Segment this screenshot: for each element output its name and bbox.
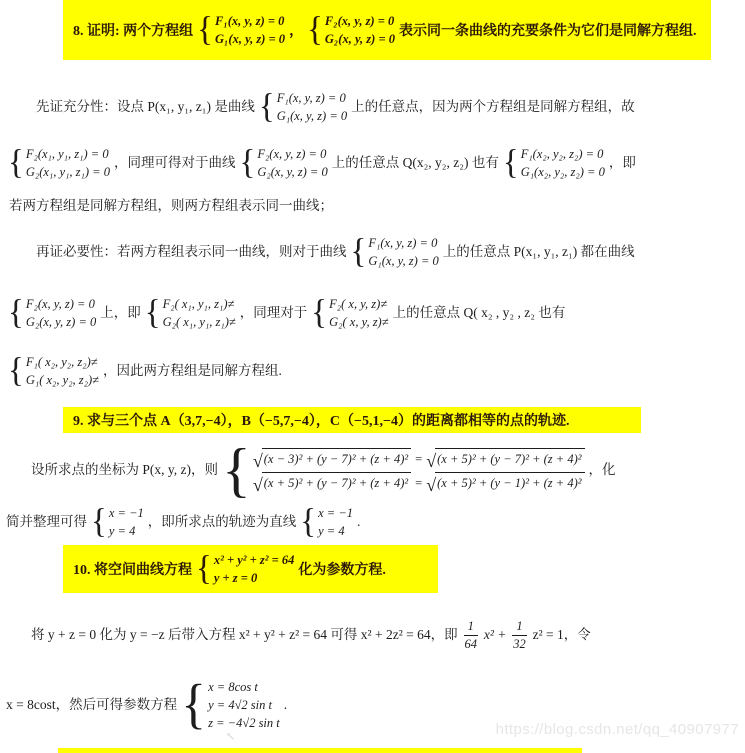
- system-row: F₂( x₁, y₁, z₁)≠: [163, 295, 236, 313]
- paragraph-text: ，化: [589, 461, 616, 480]
- equation-system: { F₂(x, y, z) = 0 G₂(x, y, z) = 0: [307, 12, 395, 48]
- problem-10-title: 10. 将空间曲线方程 { x² + y² + z² = 64 y + z = …: [63, 545, 438, 593]
- radicand: (x + 5)² + (y − 7)² + (z + 4)²: [435, 448, 584, 468]
- system-row: G₁(x, y, z) = 0: [277, 107, 347, 125]
- equation-system: { F₁(x₂, y₂, z₂) = 0 G₁(x₂, y₂, z₂) = 0: [503, 145, 605, 181]
- paragraph-text: 简并整理可得: [6, 513, 87, 532]
- system-row: G₁(x, y, z) = 0: [215, 30, 285, 48]
- fraction-denominator: 64: [464, 636, 477, 651]
- paragraph-text: 再证必要性：若两方程组表示同一曲线，则对于曲线: [36, 243, 347, 262]
- next-problem-highlight-strip: [58, 748, 582, 753]
- fraction-numerator: 1: [512, 619, 526, 635]
- system-row: y = 4: [109, 522, 144, 540]
- paragraph-text: ，因此两方程组是同解方程组.: [103, 362, 282, 381]
- paragraph-text: .: [284, 696, 287, 715]
- solution-paragraph-parametric: x = 8cost，然后可得参数方程 { x = 8cos t y = 4√2 …: [5, 666, 288, 744]
- radicand: (x + 5)² + (y − 1)² + (z + 4)²: [435, 472, 584, 492]
- solution-paragraph-necessity: 再证必要性：若两方程组表示同一曲线，则对于曲线 { F₁(x, y, z) = …: [35, 229, 636, 275]
- problem-9-text: 9. 求与三个点 A（3,7,−4），B（−5,7,−4），C（−5,1,−4）…: [73, 410, 569, 430]
- system-row: G₂(x₁, y₁, z₁) = 0: [26, 163, 110, 181]
- system-row: F₂( x, y, z)≠: [329, 295, 388, 313]
- paragraph-text: 上的任意点 Q(x₂, y₂, z₂) 也有: [332, 154, 499, 173]
- radicand: (x + 5)² + (y − 7)² + (z + 4)²: [262, 472, 411, 492]
- paragraph-text: ，即所求点的轨迹为直线: [148, 513, 297, 532]
- system-row: F₂(x₁, y₁, z₁) = 0: [26, 145, 110, 163]
- equation-system: { x² + y² + z² = 64 y + z = 0: [196, 551, 294, 587]
- fraction: 1 32: [512, 619, 526, 651]
- document-page: 8. 证明: 两个方程组 { F₁(x, y, z) = 0 G₁(x, y, …: [0, 0, 745, 753]
- problem-8-text-start: 8. 证明: 两个方程组: [73, 20, 193, 40]
- radicand: (x − 3)² + (y − 7)² + (z + 4)²: [262, 448, 411, 468]
- solution-paragraph-conclusion2: { F₁( x₂, y₂, z₂)≠ G₁( x₂, y₂, z₂)≠ ，因此两…: [5, 348, 283, 394]
- paragraph-text: .: [357, 513, 360, 532]
- solution-paragraph-simplify: 简并整理可得 { x = −1 y = 4 ，即所求点的轨迹为直线 { x = …: [5, 500, 361, 544]
- system-row: F₁( x₂, y₂, z₂)≠: [26, 353, 99, 371]
- solution-paragraph-distance: 设所求点的坐标为 P(x, y, z)，则 { √(x − 3)² + (y −…: [30, 438, 617, 502]
- system-row: F₂(x, y, z) = 0: [257, 145, 327, 163]
- radical-equation-system: { √(x − 3)² + (y − 7)² + (z + 4)² = √(x …: [222, 446, 585, 494]
- system-row: G₂(x, y, z) = 0: [257, 163, 327, 181]
- paragraph-text: ，同理可得对于曲线: [114, 154, 236, 173]
- parametric-equation-system: { x = 8cos t y = 4√2 sin t z = −4√2 sin …: [181, 678, 280, 732]
- paragraph-text: 将 y + z = 0 化为 y = −z 后带入方程 x² + y² + z²…: [31, 626, 458, 645]
- mouse-cursor: ↖: [226, 730, 235, 743]
- system-row: G₂(x, y, z) = 0: [325, 30, 395, 48]
- comma-separator: ，: [289, 20, 303, 40]
- paragraph-text: x² +: [484, 626, 507, 645]
- equation-system: { F₂(x₁, y₁, z₁) = 0 G₂(x₁, y₁, z₁) = 0: [8, 145, 110, 181]
- paragraph-text: 上的任意点 P(x₁, y₁, z₁) 都在曲线: [443, 243, 635, 262]
- csdn-watermark: https://blog.csdn.net/qq_40907977: [496, 721, 739, 738]
- equation-system: { F₁(x, y, z) = 0 G₁(x, y, z) = 0: [197, 12, 285, 48]
- paragraph-text: 先证充分性：设点 P(x₁, y₁, z₁) 是曲线: [36, 98, 255, 117]
- system-row: x = 8cos t: [208, 678, 280, 696]
- radical-equation: √(x + 5)² + (y − 7)² + (z + 4)² = √(x + …: [253, 472, 585, 492]
- system-row: y + z = 0: [214, 569, 295, 587]
- equation-system: { F₁(x, y, z) = 0 G₁(x, y, z) = 0: [259, 89, 347, 125]
- paragraph-text: 设所求点的坐标为 P(x, y, z)，则: [31, 461, 218, 480]
- system-row: x² + y² + z² = 64: [214, 551, 295, 569]
- system-row: x = −1: [109, 504, 144, 522]
- problem-10-text-end: 化为参数方程.: [298, 559, 386, 579]
- equation-system: { x = −1 y = 4: [91, 504, 144, 540]
- fraction-numerator: 1: [464, 619, 478, 635]
- system-row: F₂(x, y, z) = 0: [26, 295, 96, 313]
- paragraph-text: 上，即: [100, 304, 141, 323]
- equation-system: { F₁(x, y, z) = 0 G₁(x, y, z) = 0: [351, 234, 439, 270]
- solution-paragraph-continuation: { F₂(x, y, z) = 0 G₂(x, y, z) = 0 上，即 { …: [5, 288, 566, 338]
- paragraph-text: 若两方程组是同解方程组，则两方程组表示同一曲线；: [9, 197, 333, 216]
- system-row: G₁( x₂, y₂, z₂)≠: [26, 371, 99, 389]
- equation-system: { F₂(x, y, z) = 0 G₂(x, y, z) = 0: [8, 295, 96, 331]
- paragraph-text: ，即: [609, 154, 636, 173]
- system-row: F₁(x, y, z) = 0: [215, 12, 285, 30]
- problem-8-text-end: 表示同一条曲线的充要条件为它们是同解方程组.: [399, 20, 697, 40]
- system-row: z = −4√2 sin t: [208, 714, 280, 732]
- paragraph-text: ，同理对于: [240, 304, 308, 323]
- system-row: F₁(x, y, z) = 0: [277, 89, 347, 107]
- equals-sign: =: [415, 474, 422, 492]
- solution-paragraph-conclusion1: 若两方程组是同解方程组，则两方程组表示同一曲线；: [8, 196, 334, 216]
- system-row: G₁(x₂, y₂, z₂) = 0: [521, 163, 605, 181]
- paragraph-text: 上的任意点，因为两个方程组是同解方程组，故: [351, 98, 635, 117]
- system-row: F₁(x, y, z) = 0: [368, 234, 438, 252]
- problem-9-title: 9. 求与三个点 A（3,7,−4），B（−5,7,−4），C（−5,1,−4）…: [63, 407, 641, 433]
- fraction: 1 64: [464, 619, 478, 651]
- solution-paragraph-continuation: { F₂(x₁, y₁, z₁) = 0 G₂(x₁, y₁, z₁) = 0 …: [5, 140, 637, 186]
- equation-system: { F₂(x, y, z) = 0 G₂(x, y, z) = 0: [239, 145, 327, 181]
- paragraph-text: 上的任意点 Q( x₂ , y₂ , z₂ 也有: [393, 304, 566, 323]
- system-row: F₂(x, y, z) = 0: [325, 12, 395, 30]
- system-row: G₂(x, y, z) = 0: [26, 313, 96, 331]
- problem-8-title: 8. 证明: 两个方程组 { F₁(x, y, z) = 0 G₁(x, y, …: [63, 0, 711, 60]
- equation-system: { F₁( x₂, y₂, z₂)≠ G₁( x₂, y₂, z₂)≠: [8, 353, 99, 389]
- radical-equation: √(x − 3)² + (y − 7)² + (z + 4)² = √(x + …: [253, 448, 585, 468]
- equals-sign: =: [415, 450, 422, 468]
- system-row: G₂( x, y, z)≠: [329, 313, 388, 331]
- solution-paragraph-sufficiency: 先证充分性：设点 P(x₁, y₁, z₁) 是曲线 { F₁(x, y, z)…: [35, 84, 636, 130]
- system-row: y = 4√2 sin t: [208, 696, 280, 714]
- system-row: G₁(x, y, z) = 0: [368, 252, 438, 270]
- system-row: F₁(x₂, y₂, z₂) = 0: [521, 145, 605, 163]
- solution-paragraph-substitution: 将 y + z = 0 化为 y = −z 后带入方程 x² + y² + z²…: [30, 612, 592, 658]
- system-row: y = 4: [318, 522, 353, 540]
- paragraph-text: x = 8cost，然后可得参数方程: [6, 696, 177, 715]
- equation-system: { F₂( x, y, z)≠ G₂( x, y, z)≠: [311, 295, 388, 331]
- paragraph-text: z² = 1，令: [533, 626, 591, 645]
- fraction-denominator: 32: [513, 636, 526, 651]
- system-row: x = −1: [318, 504, 353, 522]
- equation-system: { F₂( x₁, y₁, z₁)≠ G₂( x₁, y₁, z₁)≠: [145, 295, 236, 331]
- problem-10-text-start: 10. 将空间曲线方程: [73, 559, 192, 579]
- equation-system: { x = −1 y = 4: [300, 504, 353, 540]
- system-row: G₂( x₁, y₁, z₁)≠: [163, 313, 236, 331]
